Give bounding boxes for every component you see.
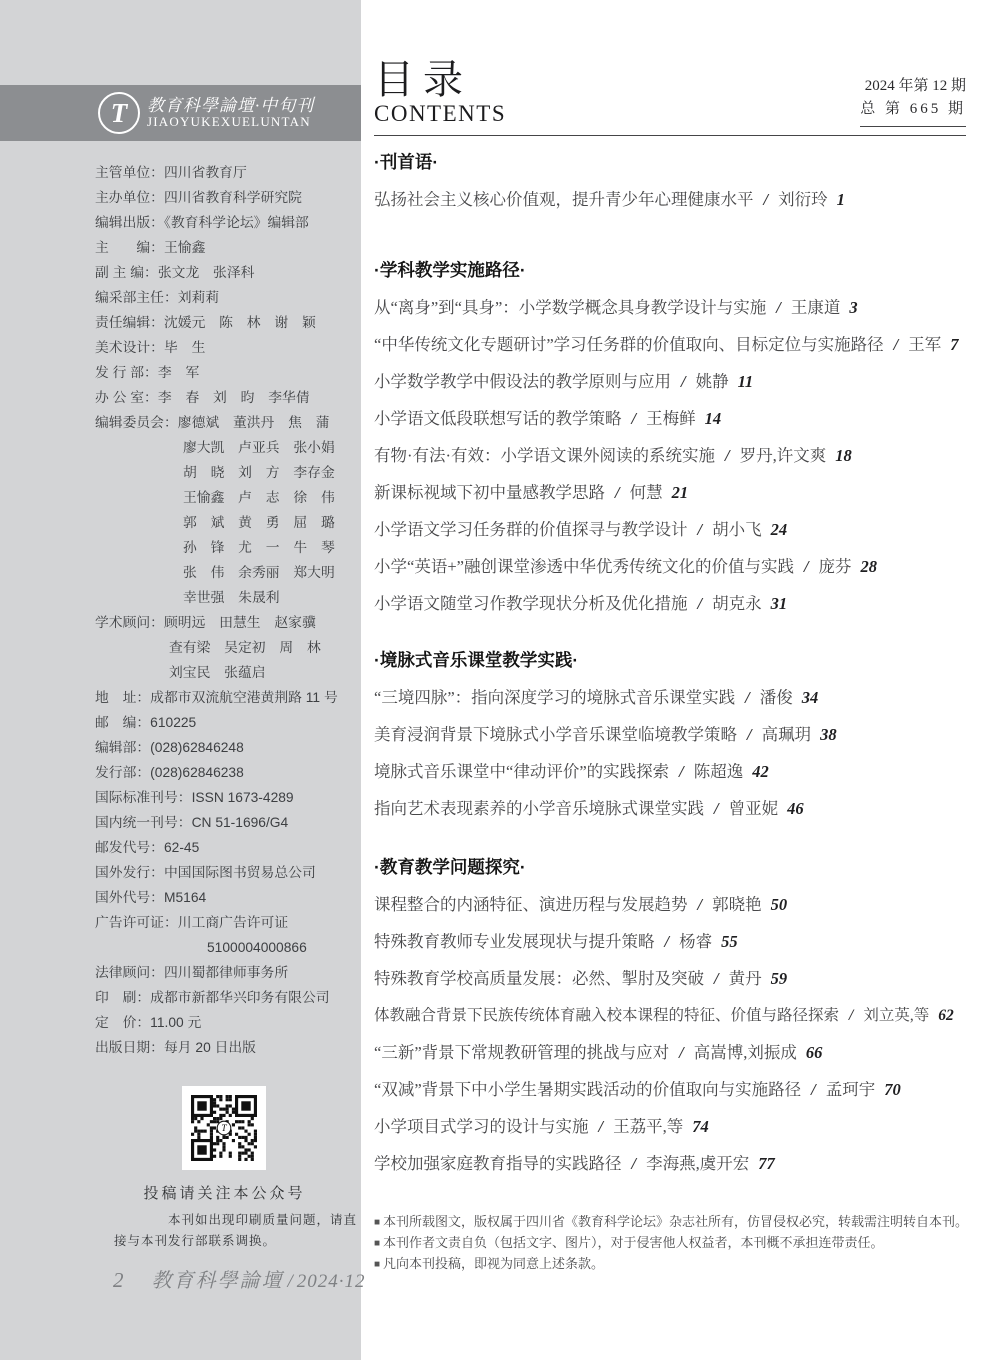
masthead-line: 邮 编：610225 — [95, 710, 361, 735]
slash-separator: / — [681, 363, 686, 400]
page-number: 2 — [113, 1268, 124, 1292]
masthead-line: 办 公 室：李 春 刘 昀 李华倩 — [95, 385, 361, 410]
toc-entry: 美育浸润背景下境脉式小学音乐课堂临境教学策略/高珮玥38 — [374, 716, 966, 753]
toc-entry: “三境四脉”：指向深度学习的境脉式音乐课堂实践/潘俊34 — [374, 679, 966, 716]
article-page: 50 — [771, 886, 788, 923]
article-title: 新课标视域下初中量感教学思路 — [374, 474, 605, 511]
masthead-line: 印 刷：成都市新都华兴印务有限公司 — [95, 985, 361, 1010]
article-page: 3 — [849, 289, 857, 326]
masthead-line: 副 主 编：张文龙 张泽科 — [95, 260, 361, 285]
article-page: 1 — [837, 181, 845, 218]
masthead-line: 责任编辑：沈媛元 陈 林 谢 颖 — [95, 310, 361, 335]
article-authors: 高珮玥 — [762, 716, 812, 753]
masthead-line: 编辑委员会：廖德斌 董洪丹 焦 蒲 — [95, 410, 361, 435]
article-page: 77 — [758, 1145, 775, 1182]
slash-separator: / — [894, 326, 899, 363]
toc-entry: 从“离身”到“具身”：小学数学概念具身教学设计与实施/王康道3 — [374, 289, 966, 326]
article-title: 特殊教育学校高质量发展：必然、掣肘及突破 — [374, 960, 704, 997]
toc-section: ·刊首语·弘扬社会主义核心价值观，提升青少年心理健康水平/刘衍玲1 — [374, 144, 966, 218]
toc-entry: “中华传统文化专题研讨”学习任务群的价值取向、目标定位与实施路径/王军7 — [374, 326, 966, 363]
masthead-line: 编辑出版：《教育科学论坛》编辑部 — [95, 210, 361, 235]
masthead-line: 地 址：成都市双流航空港黄荆路 11 号 — [95, 685, 361, 710]
article-authors: 孟珂宇 — [826, 1071, 876, 1108]
article-title: “三境四脉”：指向深度学习的境脉式音乐课堂实践 — [374, 679, 735, 716]
masthead-line: 主办单位：四川省教育科学研究院 — [95, 185, 361, 210]
toc-entry: 小学“英语+”融创课堂渗透中华优秀传统文化的价值与实践/庞芬28 — [374, 548, 966, 585]
toc-section-heading: ·教育教学问题探究· — [374, 849, 966, 886]
article-page: 18 — [835, 437, 852, 474]
masthead-line: 王愉鑫 卢 志 徐 伟 — [95, 485, 361, 510]
masthead-line: 郭 斌 黄 勇 屈 璐 — [95, 510, 361, 535]
article-authors: 胡克永 — [712, 585, 762, 622]
article-page: 24 — [771, 511, 788, 548]
masthead-line: 出版日期：每月 20 日出版 — [95, 1035, 361, 1060]
toc-entry: 有物·有法·有效：小学语文课外阅读的系统实施/罗丹,许文爽18 — [374, 437, 966, 474]
article-page: 74 — [692, 1108, 709, 1145]
footer-issue: 2024·12 — [297, 1271, 366, 1292]
article-title: 学校加强家庭教育指导的实践路径 — [374, 1145, 622, 1182]
article-page: 28 — [861, 548, 878, 585]
article-title: 有物·有法·有效：小学语文课外阅读的系统实施 — [374, 437, 715, 474]
article-page: 55 — [721, 923, 738, 960]
article-page: 21 — [672, 474, 689, 511]
article-title: 特殊教育教师专业发展现状与提升策略 — [374, 923, 655, 960]
masthead-line: 发行部：(028)62846238 — [95, 760, 361, 785]
toc-entry: 弘扬社会主义核心价值观，提升青少年心理健康水平/刘衍玲1 — [374, 181, 966, 218]
toc-section: ·教育教学问题探究·课程整合的内涵特征、演进历程与发展趋势/郭晓艳50特殊教育教… — [374, 849, 966, 1182]
journal-contents-page: T 教育科學論壇·中旬刊 JIAOYUKEXUELUNTAN 主管单位：四川省教… — [0, 0, 1000, 1367]
print-quality-notice: 本刊如出现印刷质量问题，请直接与本刊发行部联系调换。 — [114, 1210, 362, 1252]
article-authors: 刘立英,等 — [863, 997, 929, 1034]
article-authors: 王荔平,等 — [613, 1108, 683, 1145]
masthead-line: 刘宝民 张蕴启 — [95, 660, 361, 685]
footer-separator: / — [288, 1271, 293, 1292]
article-page: 70 — [884, 1071, 901, 1108]
article-authors: 胡小飞 — [712, 511, 762, 548]
article-authors: 曾亚妮 — [729, 790, 779, 827]
slash-separator: / — [747, 716, 752, 753]
masthead-line: 张 伟 余秀丽 郑大明 — [95, 560, 361, 585]
toc-entry: 课程整合的内涵特征、演进历程与发展趋势/郭晓艳50 — [374, 886, 966, 923]
masthead-line: 广告许可证：川工商广告许可证 — [95, 910, 361, 935]
toc-section-heading: ·刊首语· — [374, 144, 966, 181]
article-title: 小学语文随堂习作教学现状分析及优化措施 — [374, 585, 688, 622]
slash-separator: / — [698, 886, 703, 923]
article-page: 34 — [802, 679, 819, 716]
slash-separator: / — [804, 548, 809, 585]
article-title: “中华传统文化专题研讨”学习任务群的价值取向、目标定位与实施路径 — [374, 326, 884, 363]
article-title: 小学语文低段联想写话的教学策略 — [374, 400, 622, 437]
article-page: 7 — [950, 326, 958, 363]
slash-separator: / — [632, 400, 637, 437]
toc-entry: 指向艺术表现素养的小学音乐境脉式课堂实践/曾亚妮46 — [374, 790, 966, 827]
article-authors: 黄丹 — [729, 960, 762, 997]
footer-note: ■本刊作者文责自负（包括文字、图片），对于侵害他人权益者，本刊概不承担连带责任。 — [374, 1233, 966, 1254]
toc-entry: 小学语文低段联想写话的教学策略/王梅鲜14 — [374, 400, 966, 437]
article-authors: 庞芬 — [819, 548, 852, 585]
journal-logo-banner: T 教育科學論壇·中旬刊 JIAOYUKEXUELUNTAN — [0, 85, 361, 141]
toc-entry: 体教融合背景下民族传统体育融入校本课程的特征、价值与路径探索/刘立英,等62 — [374, 997, 966, 1034]
masthead-line: 主管单位：四川省教育厅 — [95, 160, 361, 185]
slash-separator: / — [776, 289, 781, 326]
slash-separator: / — [745, 679, 750, 716]
masthead-line: 5100004000866 — [95, 935, 361, 960]
article-title: “双减”背景下中小学生暑期实践活动的价值取向与实施路径 — [374, 1071, 801, 1108]
square-bullet-icon: ■ — [374, 1238, 380, 1249]
slash-separator: / — [849, 997, 853, 1034]
article-title: 美育浸润背景下境脉式小学音乐课堂临境教学策略 — [374, 716, 737, 753]
toc: ·刊首语·弘扬社会主义核心价值观，提升青少年心理健康水平/刘衍玲1·学科教学实施… — [374, 144, 966, 1182]
contents-title-en: CONTENTS — [374, 101, 506, 127]
slash-separator: / — [811, 1071, 816, 1108]
footer-note: ■凡向本刊投稿，即视为同意上述条款。 — [374, 1254, 966, 1275]
article-authors: 王梅鲜 — [646, 400, 696, 437]
article-page: 42 — [752, 753, 769, 790]
article-authors: 姚静 — [696, 363, 729, 400]
article-title: 境脉式音乐课堂中“律动评价”的实践探索 — [374, 753, 669, 790]
contents-column: 目录 CONTENTS 2024 年第 12 期 总 第 665 期 ·刊首语·… — [374, 58, 966, 1275]
issue-info: 2024 年第 12 期 总 第 665 期 — [860, 75, 966, 127]
article-page: 14 — [705, 400, 722, 437]
toc-entry: 特殊教育学校高质量发展：必然、掣肘及突破/黄丹59 — [374, 960, 966, 997]
article-authors: 罗丹,许文爽 — [740, 437, 827, 474]
article-title: 体教融合背景下民族传统体育融入校本课程的特征、价值与路径探索 — [374, 997, 839, 1034]
article-page: 62 — [938, 997, 954, 1034]
svg-text:T: T — [221, 1124, 227, 1134]
slash-separator: / — [725, 437, 730, 474]
article-title: 指向艺术表现素养的小学音乐境脉式课堂实践 — [374, 790, 704, 827]
article-authors: 杨睿 — [679, 923, 712, 960]
toc-entry: “三新”背景下常规教研管理的挑战与应对/高嵩博,刘振成66 — [374, 1034, 966, 1071]
toc-entry: 学校加强家庭教育指导的实践路径/李海燕,虞开宏77 — [374, 1145, 966, 1182]
slash-separator: / — [679, 753, 684, 790]
slash-separator: / — [632, 1145, 637, 1182]
article-authors: 高嵩博,刘振成 — [694, 1034, 797, 1071]
page-footer: 2教育科學論壇/2024·12 — [113, 1264, 366, 1293]
slash-separator: / — [714, 790, 719, 827]
masthead-line: 邮发代号：62-45 — [95, 835, 361, 860]
footer-notes: ■本刊所载图文，版权属于四川省《教育科学论坛》杂志社所有，仿冒侵权必究，转载需注… — [374, 1212, 966, 1275]
article-title: 小学项目式学习的设计与实施 — [374, 1108, 589, 1145]
journal-name-en: JIAOYUKEXUELUNTAN — [147, 115, 314, 130]
article-title: 小学数学教学中假设法的教学原则与应用 — [374, 363, 671, 400]
slash-separator: / — [615, 474, 620, 511]
article-authors: 刘衍玲 — [778, 181, 828, 218]
masthead-line: 编辑部：(028)62846248 — [95, 735, 361, 760]
article-title: 小学“英语+”融创课堂渗透中华优秀传统文化的价值与实践 — [374, 548, 794, 585]
article-page: 11 — [738, 363, 754, 400]
qr-caption: 投稿请关注本公众号 — [88, 1182, 361, 1203]
journal-logo-text: 教育科學論壇·中旬刊 JIAOYUKEXUELUNTAN — [147, 96, 314, 130]
toc-entry: 境脉式音乐课堂中“律动评价”的实践探索/陈超逸42 — [374, 753, 966, 790]
contents-header: 目录 CONTENTS 2024 年第 12 期 总 第 665 期 — [374, 58, 966, 136]
masthead-line: 廖大凯 卢亚兵 张小娟 — [95, 435, 361, 460]
article-authors: 陈超逸 — [694, 753, 744, 790]
article-title: 从“离身”到“具身”：小学数学概念具身教学设计与实施 — [374, 289, 766, 326]
toc-entry: 小学语文学习任务群的价值探寻与教学设计/胡小飞24 — [374, 511, 966, 548]
masthead: 主管单位：四川省教育厅主办单位：四川省教育科学研究院编辑出版：《教育科学论坛》编… — [0, 160, 361, 1060]
article-page: 38 — [820, 716, 837, 753]
slash-separator: / — [714, 960, 719, 997]
article-authors: 潘俊 — [760, 679, 793, 716]
slash-separator: / — [665, 923, 670, 960]
square-bullet-icon: ■ — [374, 1259, 380, 1270]
slash-separator: / — [764, 181, 769, 218]
article-authors: 王军 — [908, 326, 941, 363]
masthead-line: 学术顾问：顾明远 田慧生 赵家骥 — [95, 610, 361, 635]
qr-code: T — [182, 1086, 266, 1170]
masthead-line: 查有梁 吴定初 周 林 — [95, 635, 361, 660]
article-page: 59 — [771, 960, 788, 997]
toc-section: ·学科教学实施路径·从“离身”到“具身”：小学数学概念具身教学设计与实施/王康道… — [374, 252, 966, 622]
journal-name-script: 教育科學論壇 — [152, 1270, 284, 1292]
masthead-line: 定 价：11.00 元 — [95, 1010, 361, 1035]
slash-separator: / — [698, 511, 703, 548]
slash-separator: / — [679, 1034, 684, 1071]
masthead-line: 国际标准刊号：ISSN 1673-4289 — [95, 785, 361, 810]
contents-title-cn: 目录 — [374, 58, 506, 101]
article-title: 小学语文学习任务群的价值探寻与教学设计 — [374, 511, 688, 548]
issue-year-number: 2024 年第 12 期 — [860, 75, 966, 98]
article-page: 66 — [806, 1034, 823, 1071]
masthead-line: 国外代号：M5164 — [95, 885, 361, 910]
toc-entry: 小学语文随堂习作教学现状分析及优化措施/胡克永31 — [374, 585, 966, 622]
journal-monogram-icon: T — [98, 92, 140, 134]
masthead-line: 国外发行：中国国际图书贸易总公司 — [95, 860, 361, 885]
article-page: 46 — [787, 790, 804, 827]
slash-separator: / — [599, 1108, 604, 1145]
masthead-line: 编采部主任：刘莉莉 — [95, 285, 361, 310]
masthead-line: 美术设计：毕 生 — [95, 335, 361, 360]
toc-section-heading: ·境脉式音乐课堂教学实践· — [374, 642, 966, 679]
issue-total-number: 总 第 665 期 — [860, 98, 966, 121]
toc-entry: 小学项目式学习的设计与实施/王荔平,等74 — [374, 1108, 966, 1145]
article-authors: 王康道 — [791, 289, 841, 326]
slash-separator: / — [698, 585, 703, 622]
masthead-line: 孙 锋 尤 一 牛 琴 — [95, 535, 361, 560]
masthead-line: 胡 晓 刘 方 李存金 — [95, 460, 361, 485]
article-authors: 郭晓艳 — [712, 886, 762, 923]
toc-entry: 小学数学教学中假设法的教学原则与应用/姚静11 — [374, 363, 966, 400]
article-page: 31 — [771, 585, 788, 622]
toc-section: ·境脉式音乐课堂教学实践·“三境四脉”：指向深度学习的境脉式音乐课堂实践/潘俊3… — [374, 642, 966, 827]
article-authors: 何慧 — [630, 474, 663, 511]
masthead-line: 幸世强 朱晟利 — [95, 585, 361, 610]
toc-section-heading: ·学科教学实施路径· — [374, 252, 966, 289]
masthead-line: 国内统一刊号：CN 51-1696/G4 — [95, 810, 361, 835]
article-title: “三新”背景下常规教研管理的挑战与应对 — [374, 1034, 669, 1071]
article-authors: 李海燕,虞开宏 — [646, 1145, 749, 1182]
article-title: 课程整合的内涵特征、演进历程与发展趋势 — [374, 886, 688, 923]
toc-entry: 特殊教育教师专业发展现状与提升策略/杨睿55 — [374, 923, 966, 960]
journal-name-cn: 教育科學論壇·中旬刊 — [147, 96, 314, 116]
article-title: 弘扬社会主义核心价值观，提升青少年心理健康水平 — [374, 181, 754, 218]
masthead-line: 主 编：王愉鑫 — [95, 235, 361, 260]
toc-entry: 新课标视域下初中量感教学思路/何慧21 — [374, 474, 966, 511]
masthead-line: 法律顾问：四川蜀都律师事务所 — [95, 960, 361, 985]
toc-entry: “双减”背景下中小学生暑期实践活动的价值取向与实施路径/孟珂宇70 — [374, 1071, 966, 1108]
masthead-line: 发 行 部：李 军 — [95, 360, 361, 385]
square-bullet-icon: ■ — [374, 1217, 380, 1228]
footer-note: ■本刊所载图文，版权属于四川省《教育科学论坛》杂志社所有，仿冒侵权必究，转载需注… — [374, 1212, 966, 1233]
contents-title-block: 目录 CONTENTS — [374, 58, 506, 127]
